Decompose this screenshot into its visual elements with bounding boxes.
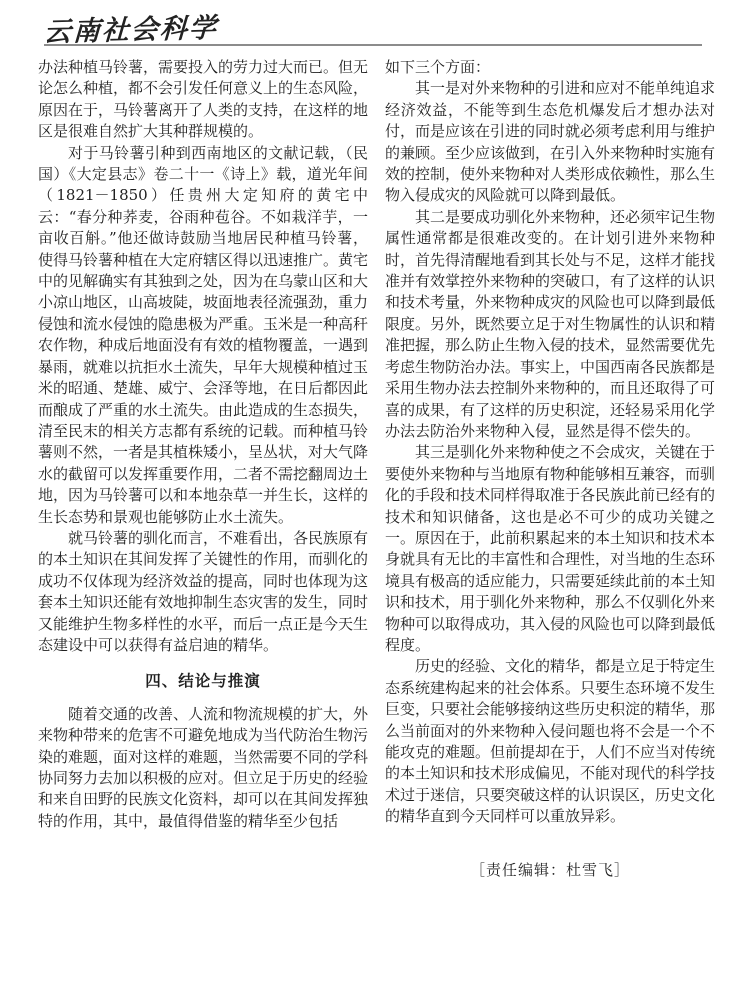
article-body: 办法种植马铃薯，需要投入的劳力过大而已。但无论怎么种植，都不会引发任何意义上的生… <box>38 57 715 881</box>
right-column: 如下三个方面： 其一是对外来物种的引进和应对不能单纯追求经济效益，不能等到生态危… <box>385 57 715 881</box>
journal-logo: 云南社会科学 <box>43 6 219 50</box>
header-divider <box>44 44 702 46</box>
section-heading: 四、结论与推演 <box>38 670 368 691</box>
paragraph: 其三是驯化外来物种使之不会成灾，关键在于要使外来物种与当地原有物种能够相互兼容，… <box>385 442 715 656</box>
paragraph: 其二是要成功驯化外来物种，还必须牢记生物属性通常都是很难改变的。在计划引进外来物… <box>385 207 715 442</box>
paragraph: 历史的经验、文化的精华，都是立足于特定生态系统建构起来的社会体系。只要生态环境不… <box>385 656 715 827</box>
editor-note: ［责任编辑：杜雪飞］ <box>385 860 715 881</box>
paragraph: 办法种植马铃薯，需要投入的劳力过大而已。但无论怎么种植，都不会引发任何意义上的生… <box>38 57 368 143</box>
paragraph: 其一是对外来物种的引进和应对不能单纯追求经济效益，不能等到生态危机爆发后才想办法… <box>385 78 715 206</box>
paragraph: 对于马铃薯引种到西南地区的文献记载，（民国）《大定县志》卷二十一《诗上》载，道光… <box>38 143 368 528</box>
left-column: 办法种植马铃薯，需要投入的劳力过大而已。但无论怎么种植，都不会引发任何意义上的生… <box>38 57 368 881</box>
paragraph: 随着交通的改善、人流和物流规模的扩大，外来物种带来的危害不可避免地成为当代防治生… <box>38 704 368 832</box>
journal-page: 云南社会科学 办法种植马铃薯，需要投入的劳力过大而已。但无论怎么种植，都不会引发… <box>0 0 750 1000</box>
paragraph: 就马铃薯的驯化而言，不难看出，各民族原有的本土知识在其间发挥了关键性的作用，而驯… <box>38 528 368 656</box>
paragraph: 如下三个方面： <box>385 57 715 78</box>
